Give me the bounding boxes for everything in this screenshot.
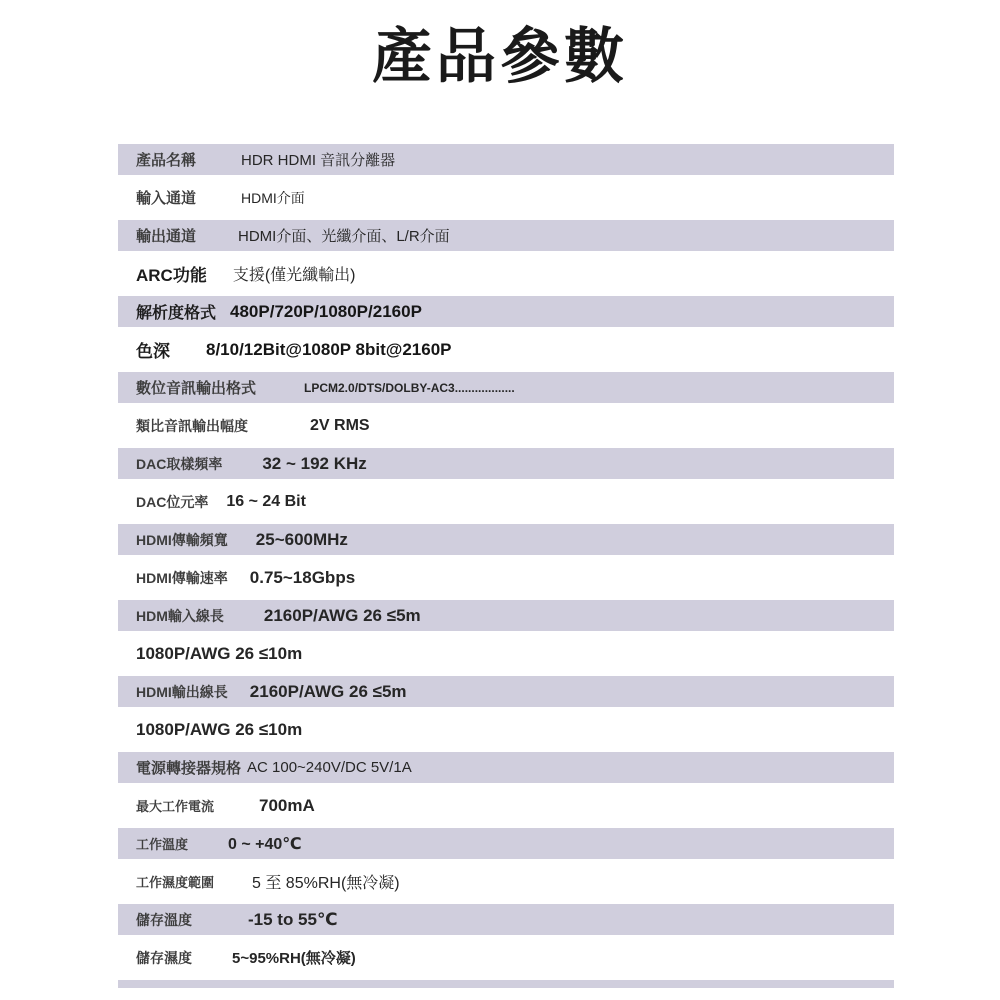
- spec-value: 25~600MHz: [256, 530, 348, 550]
- spec-row: 儲存濕度5~95%RH(無冷凝): [118, 942, 894, 973]
- spec-label: HDMI傳輸頻寬: [136, 530, 228, 550]
- spec-row: HDM輸入線長2160P/AWG 26 ≤5m: [118, 600, 894, 631]
- spec-row: ARC功能支援(僅光纖輸出): [118, 258, 894, 289]
- spec-row: DAC取樣頻率32 ~ 192 KHz: [118, 448, 894, 479]
- spec-value: 5~95%RH(無冷凝): [232, 947, 356, 968]
- spec-value: 32 ~ 192 KHz: [262, 454, 366, 474]
- spec-label: 最大工作電流: [136, 796, 214, 815]
- spec-label: 產品名稱: [136, 149, 196, 170]
- spec-label: 輸出通道: [136, 225, 196, 246]
- spec-value: -15 to 55℃: [248, 910, 338, 930]
- partial-row-strip: [118, 980, 894, 988]
- spec-value: 16 ~ 24 Bit: [226, 493, 306, 511]
- spec-label: 解析度格式: [136, 300, 216, 323]
- spec-row: 類比音訊輸出幅度2V RMS: [118, 410, 894, 441]
- spec-value: 8/10/12Bit@1080P 8bit@2160P: [206, 340, 452, 360]
- spec-value: 480P/720P/1080P/2160P: [230, 302, 422, 322]
- spec-value: 2V RMS: [310, 417, 370, 435]
- spec-row: HDMI傳輸頻寬25~600MHz: [118, 524, 894, 555]
- spec-value: 700mA: [259, 796, 315, 816]
- spec-label: 色深: [136, 337, 170, 362]
- spec-value: HDMI介面、光纖介面、L/R介面: [238, 225, 450, 246]
- spec-value: LPCM2.0/DTS/DOLBY-AC3..................: [304, 381, 515, 395]
- spec-label: HDM輸入線長: [136, 606, 224, 626]
- spec-row: 產品名稱HDR HDMI 音訊分離器: [118, 144, 894, 175]
- spec-row: 輸出通道HDMI介面、光纖介面、L/R介面: [118, 220, 894, 251]
- spec-value: HDMI介面: [241, 188, 305, 208]
- spec-value: 2160P/AWG 26 ≤5m: [264, 606, 421, 626]
- spec-value: 支援(僅光纖輸出): [233, 262, 356, 285]
- spec-value: 0 ~ +40℃: [228, 834, 302, 854]
- spec-label: 儲存溫度: [136, 910, 192, 930]
- spec-value: AC 100~240V/DC 5V/1A: [247, 759, 412, 776]
- spec-row: 1080P/AWG 26 ≤10m: [118, 638, 894, 669]
- spec-value: 0.75~18Gbps: [250, 568, 355, 588]
- spec-label: 工作溫度: [136, 834, 188, 853]
- spec-label: DAC位元率: [136, 492, 208, 512]
- spec-row: 色深8/10/12Bit@1080P 8bit@2160P: [118, 334, 894, 365]
- spec-label: ARC功能: [136, 261, 207, 286]
- spec-row: 工作濕度範圍5 至 85%RH(無冷凝): [118, 866, 894, 897]
- spec-row: HDMI傳輸速率0.75~18Gbps: [118, 562, 894, 593]
- spec-row: 解析度格式480P/720P/1080P/2160P: [118, 296, 894, 327]
- spec-table: 產品名稱HDR HDMI 音訊分離器輸入通道HDMI介面輸出通道HDMI介面、光…: [118, 144, 894, 973]
- spec-label: 工作濕度範圍: [136, 872, 214, 891]
- spec-row: 最大工作電流700mA: [118, 790, 894, 821]
- spec-value: 1080P/AWG 26 ≤10m: [136, 720, 302, 740]
- spec-label: HDMI輸出線長: [136, 682, 228, 702]
- spec-label: 電源轉接器規格: [136, 757, 241, 778]
- spec-row: 工作溫度0 ~ +40℃: [118, 828, 894, 859]
- spec-label: 數位音訊輸出格式: [136, 377, 256, 398]
- spec-row: 儲存溫度-15 to 55℃: [118, 904, 894, 935]
- spec-row: 輸入通道HDMI介面: [118, 182, 894, 213]
- spec-value: 5 至 85%RH(無冷凝): [252, 870, 400, 893]
- spec-label: 輸入通道: [136, 187, 196, 208]
- spec-row: 1080P/AWG 26 ≤10m: [118, 714, 894, 745]
- spec-label: 類比音訊輸出幅度: [136, 416, 248, 436]
- spec-value: 2160P/AWG 26 ≤5m: [250, 682, 407, 702]
- spec-row: 數位音訊輸出格式LPCM2.0/DTS/DOLBY-AC3...........…: [118, 372, 894, 403]
- spec-label: DAC取樣頻率: [136, 454, 222, 474]
- spec-value: 1080P/AWG 26 ≤10m: [136, 644, 302, 664]
- spec-row: 電源轉接器規格AC 100~240V/DC 5V/1A: [118, 752, 894, 783]
- spec-label: HDMI傳輸速率: [136, 568, 228, 588]
- spec-label: 儲存濕度: [136, 948, 192, 968]
- spec-row: DAC位元率16 ~ 24 Bit: [118, 486, 894, 517]
- page-title: 產品參數: [0, 22, 1000, 91]
- spec-row: HDMI輸出線長2160P/AWG 26 ≤5m: [118, 676, 894, 707]
- spec-value: HDR HDMI 音訊分離器: [241, 149, 395, 170]
